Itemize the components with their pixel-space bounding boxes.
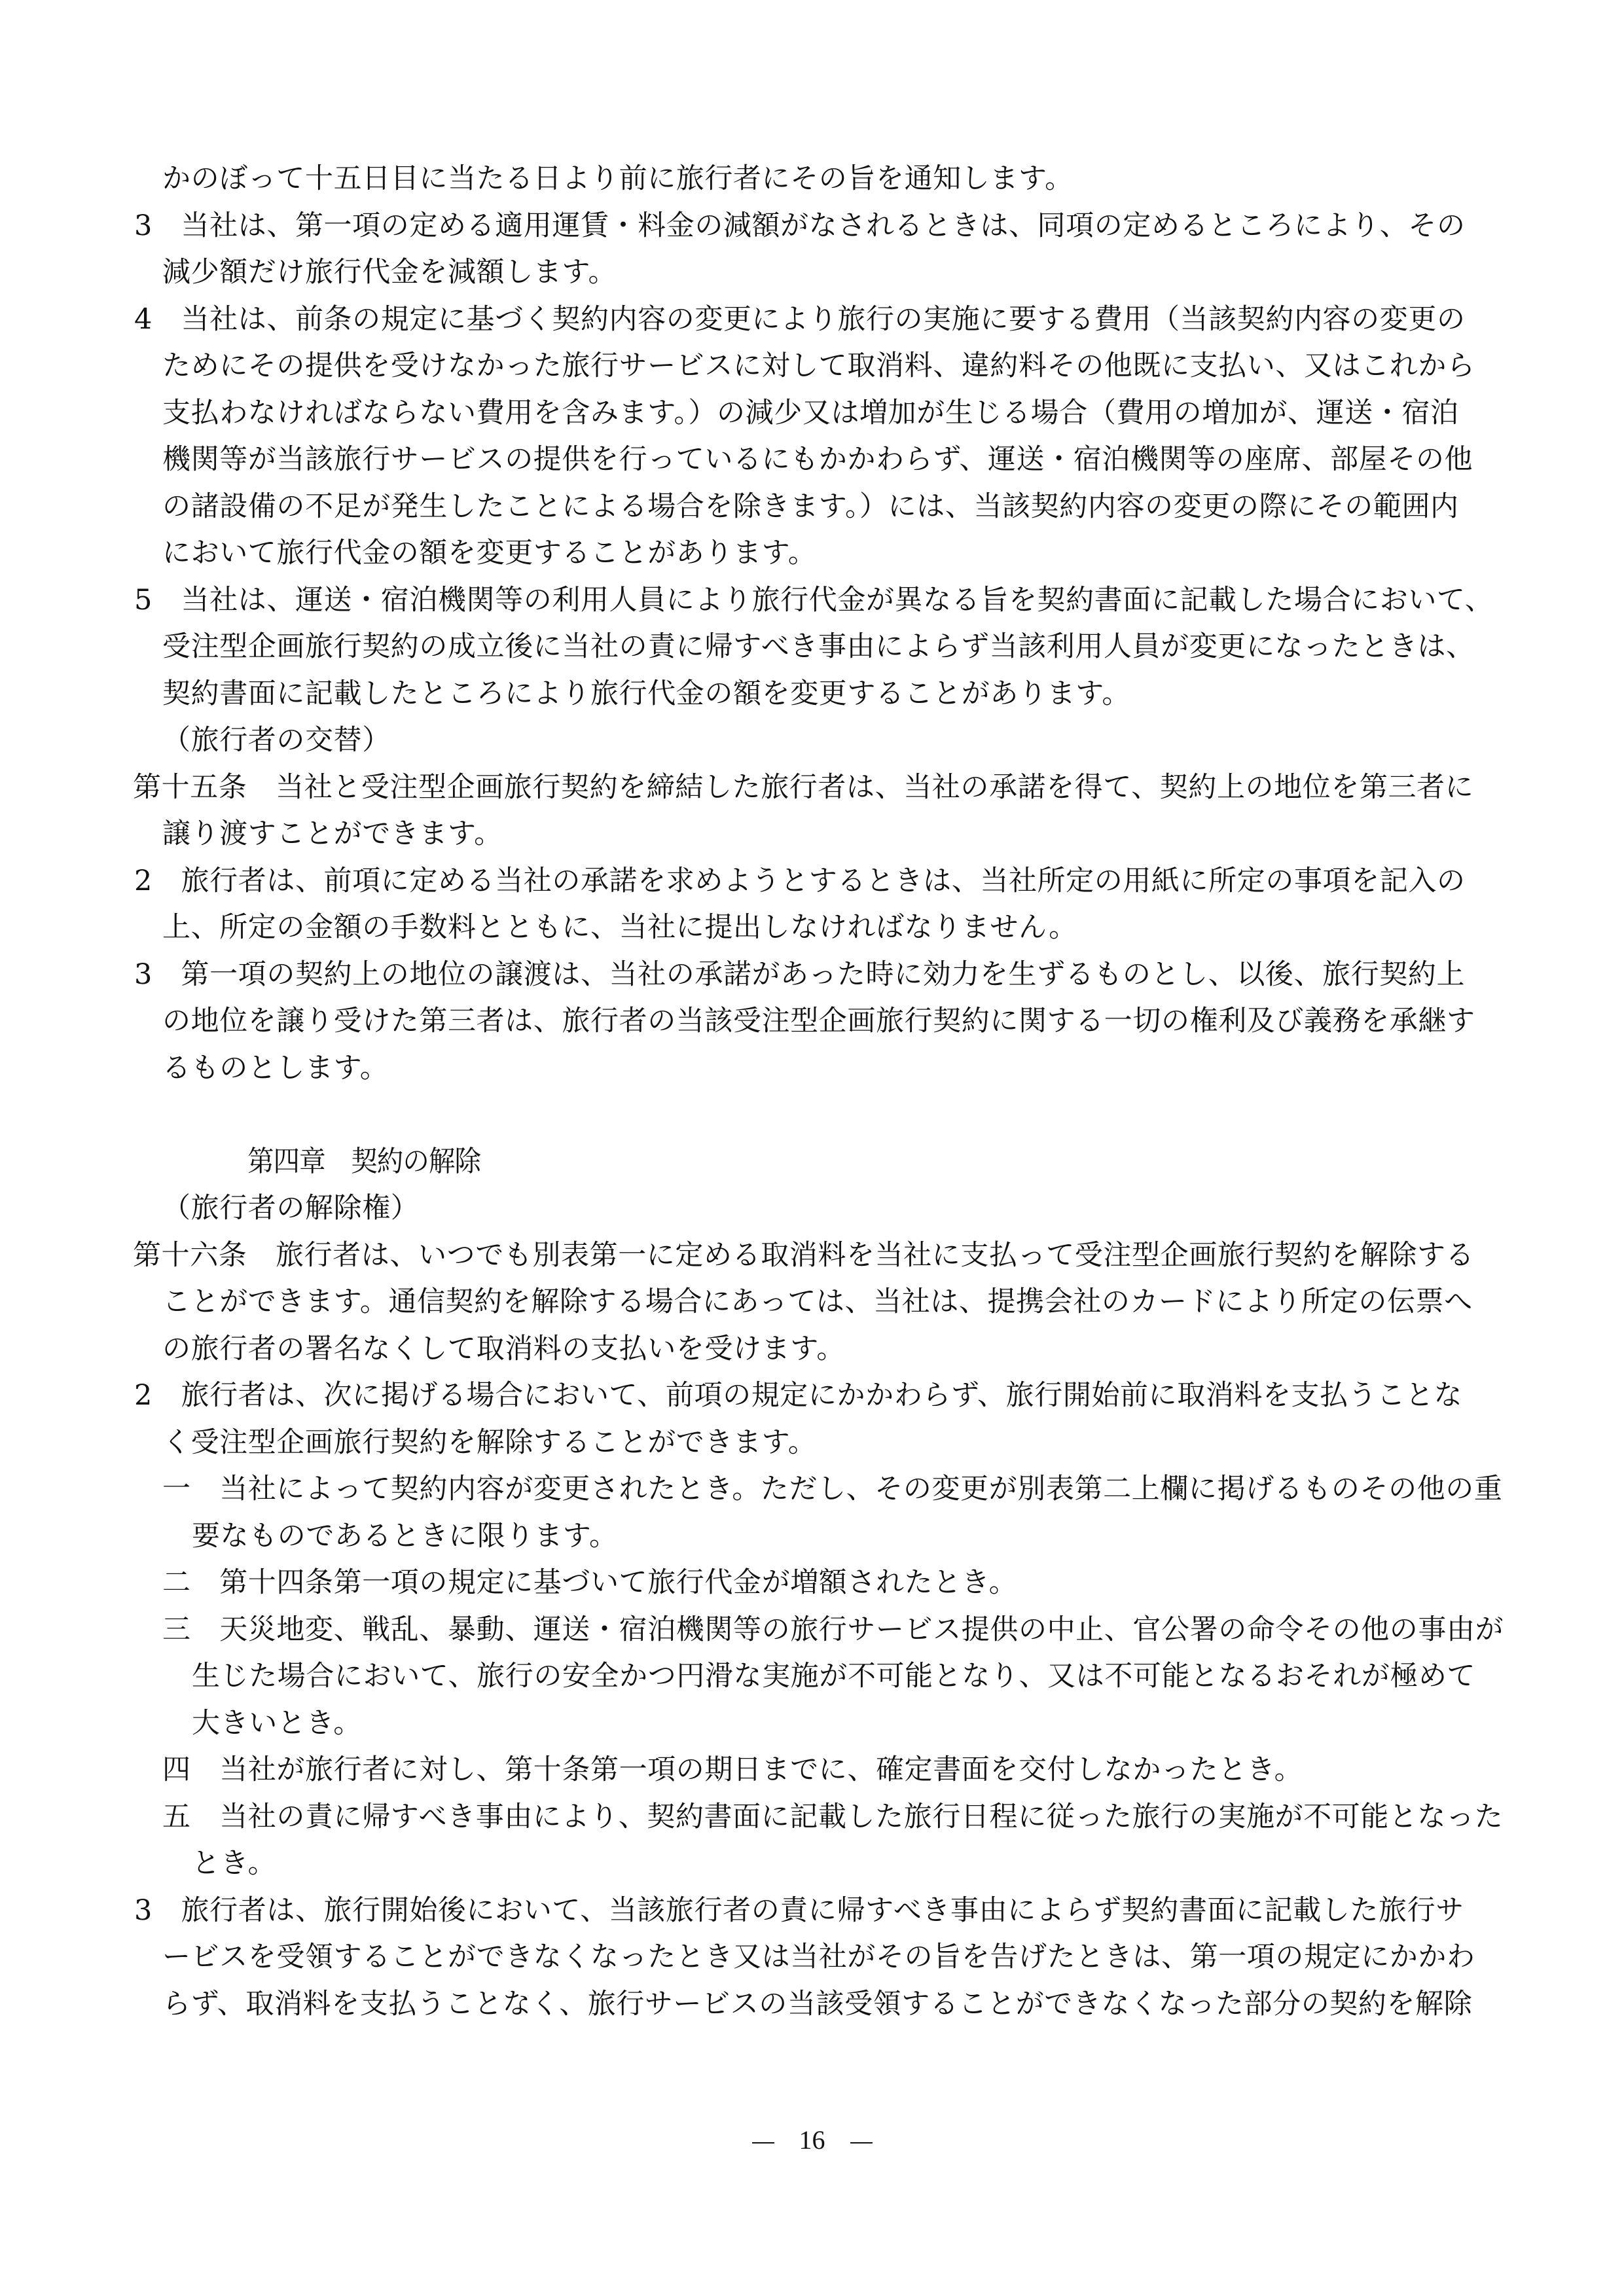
text-line: 第十六条 旅行者は、いつでも別表第一に定める取消料を当社に支払って受注型企画旅行… (133, 1232, 1474, 1279)
text-line: 三 天災地変、戦乱、暴動、運送・宿泊機関等の旅行サービス提供の中止、官公署の命令… (162, 1606, 1504, 1653)
text-line: 2 旅行者は、次に掲げる場合において、前項の規定にかかわらず、旅行開始前に取消料… (134, 1372, 1462, 1419)
text-line: の諸設備の不足が発生したことによる場合を除きます。）には、当該契約内容の変更の際… (162, 483, 1459, 530)
text-line: らず、取消料を支払うことなく、旅行サービスの当該受領することができなくなった部分… (162, 1981, 1472, 2028)
text-line: ためにその提供を受けなかった旅行サービスに対して取消料、違約料その他既に支払い、… (162, 342, 1475, 389)
text-line: 二 第十四条第一項の規定に基づいて旅行代金が増額されたとき。 (162, 1559, 1017, 1606)
text-line: 上、所定の金額の手数料とともに、当社に提出しなければなりません。 (162, 904, 1077, 951)
text-line: 生じた場合において、旅行の安全かつ円滑な実施が不可能となり、又は不可能となるおそ… (192, 1653, 1475, 1700)
dash-left-icon (752, 2142, 774, 2144)
text-line: 4 当社は、前条の規定に基づく契約内容の変更により旅行の実施に要する費用（当該契… (134, 296, 1466, 343)
text-line: 3 当社は、第一項の定める適用運賃・料金の減額がなされるときは、同項の定めるとこ… (134, 202, 1466, 249)
text-line: の地位を譲り受けた第三者は、旅行者の当該受注型企画旅行契約に関する一切の権利及び… (162, 997, 1475, 1045)
text-line: 契約書面に記載したところにより旅行代金の額を変更することがあります。 (162, 670, 1130, 717)
text-line: 一 当社によって契約内容が変更されたとき。ただし、その変更が別表第二上欄に掲げる… (162, 1465, 1502, 1513)
page-number: 16 (799, 2125, 825, 2155)
text-line: かのぼって十五日目に当たる日より前に旅行者にその旨を通知します。 (162, 155, 1074, 202)
text-line: 2 旅行者は、前項に定める当社の承諾を求めようとするときは、当社所定の用紙に所定… (134, 857, 1466, 905)
text-line: 3 旅行者は、旅行開始後において、当該旅行者の責に帰すべき事由によらず契約書面に… (134, 1887, 1464, 1934)
text-line: ことができます。通信契約を解除する場合にあっては、当社は、提携会社のカードにより… (162, 1278, 1473, 1325)
text-line: （旅行者の交替） (162, 717, 391, 764)
text-line: 受注型企画旅行契約の成立後に当社の責に帰すべき事由によらず当該利用人員が変更にな… (162, 623, 1475, 670)
page-number-footer: 16 (0, 2124, 1624, 2157)
text-line: るものとします。 (162, 1045, 388, 1092)
text-line: ービスを受領することができなくなったとき又は当社がその旨を告げたときは、第一項の… (162, 1933, 1475, 1981)
text-line: く受注型企画旅行契約を解除することができます。 (162, 1419, 816, 1466)
text-line: 3 第一項の契約上の地位の譲渡は、当社の承諾があった時に効力を生ずるものとし、以… (134, 951, 1465, 998)
text-line: 第十五条 当社と受注型企画旅行契約を締結した旅行者は、当社の承諾を得て、契約上の… (133, 764, 1473, 811)
text-line: 5 当社は、運送・宿泊機関等の利用人員により旅行代金が異なる旨を契約書面に記載し… (134, 577, 1493, 624)
text-line: 譲り渡すことができます。 (162, 810, 503, 857)
text-line: の旅行者の署名なくして取消料の支払いを受けます。 (162, 1325, 845, 1372)
chapter-heading: 第四章 契約の解除 (247, 1138, 480, 1185)
dash-right-icon (850, 2142, 873, 2144)
text-line: 機関等が当該旅行サービスの提供を行っているにもかかわらず、運送・宿泊機関等の座席… (162, 436, 1473, 483)
text-line: とき。 (192, 1840, 276, 1887)
text-line: 四 当社が旅行者に対し、第十条第一項の期日までに、確定書面を交付しなかったとき。 (162, 1746, 1303, 1793)
text-line: において旅行代金の額を変更することがあります。 (162, 529, 816, 577)
text-line: 五 当社の責に帰すべき事由により、契約書面に記載した旅行日程に従った旅行の実施が… (162, 1793, 1503, 1840)
text-line: 要なものであるときに限ります。 (192, 1513, 618, 1560)
document-page: かのぼって十五日目に当たる日より前に旅行者にその旨を通知します。3 当社は、第一… (0, 0, 1624, 2296)
text-line: 減少額だけ旅行代金を減額します。 (162, 249, 617, 296)
text-line: （旅行者の解除権） (162, 1185, 419, 1232)
text-line: 大きいとき。 (192, 1700, 362, 1747)
text-line: 支払わなければならない費用を含みます。）の減少又は増加が生じる場合（費用の増加が… (162, 389, 1459, 437)
